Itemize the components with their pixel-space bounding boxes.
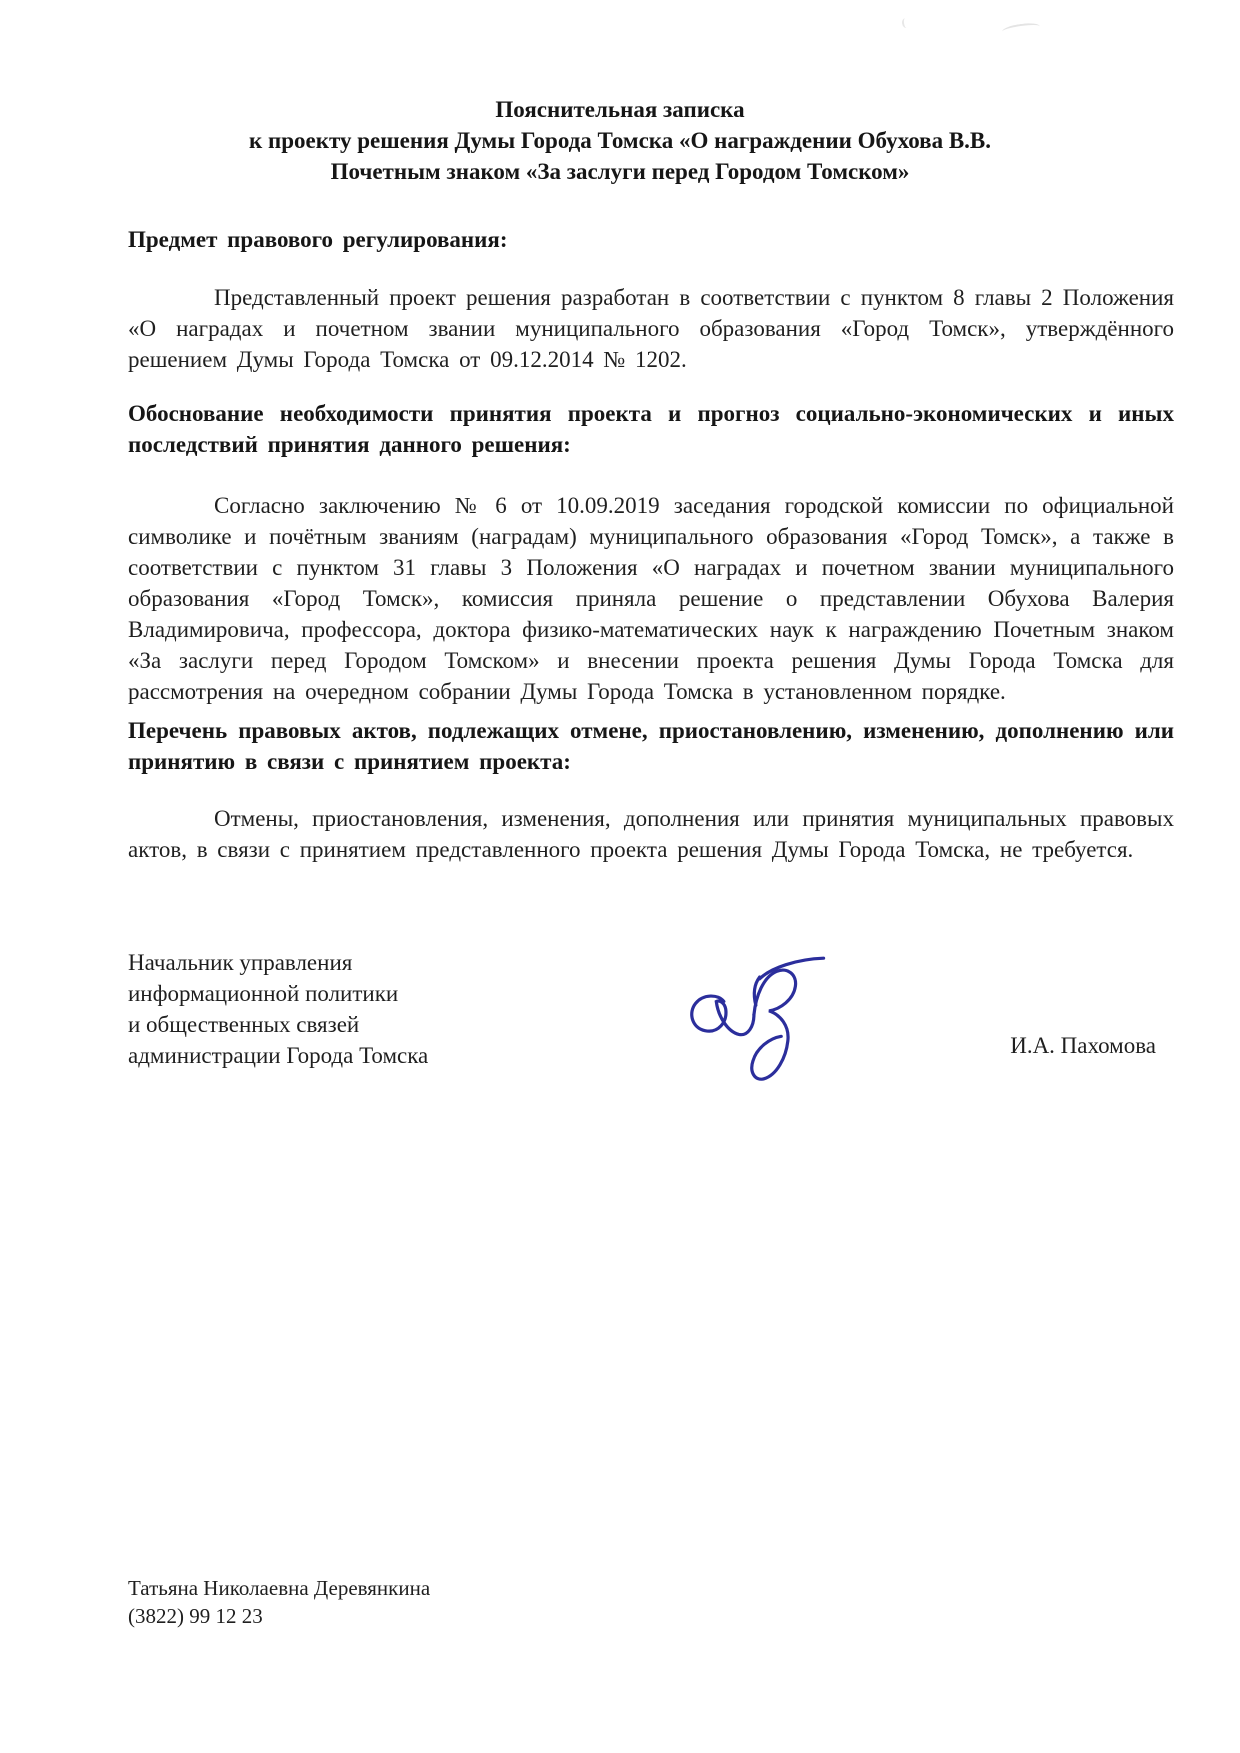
section-heading-justification: Обоснование необходимости принятия проек… [128,398,1174,460]
handwritten-signature-ink [673,935,833,1100]
title-line-3: Почетным знаком «За заслуги перед Городо… [128,156,1112,187]
section-heading-acts-list: Перечень правовых актов, подлежащих отме… [128,715,1174,777]
document-title: Пояснительная записка к проекту решения … [128,94,1112,187]
signer-name: И.А. Пахомова [1010,1030,1174,1061]
signer-position: Начальник управления информационной поли… [128,947,428,1071]
paragraph-justification: Согласно заключению № 6 от 10.09.2019 за… [128,490,1174,707]
document-content: Пояснительная записка к проекту решения … [0,0,1240,1071]
section-heading-subject: Предмет правового регулирования: [128,224,1174,255]
contact-name: Татьяна Николаевна Деревянкина [128,1574,430,1602]
signer-position-line-4: администрации Города Томска [128,1040,428,1071]
contact-phone: (3822) 99 12 23 [128,1602,430,1630]
title-line-1: Пояснительная записка [128,94,1112,125]
contact-block: Татьяна Николаевна Деревянкина (3822) 99… [128,1574,430,1630]
paragraph-subject: Представленный проект решения разработан… [128,282,1174,375]
document-page: Пояснительная записка к проекту решения … [0,0,1240,1753]
paragraph-acts-list: Отмены, приостановления, изменения, допо… [128,803,1174,865]
signer-position-line-3: и общественных связей [128,1009,428,1040]
title-line-2: к проекту решения Думы Города Томска «О … [128,125,1112,156]
signer-position-line-1: Начальник управления [128,947,428,978]
signer-position-line-2: информационной политики [128,978,428,1009]
signature-row: Начальник управления информационной поли… [128,947,1174,1071]
